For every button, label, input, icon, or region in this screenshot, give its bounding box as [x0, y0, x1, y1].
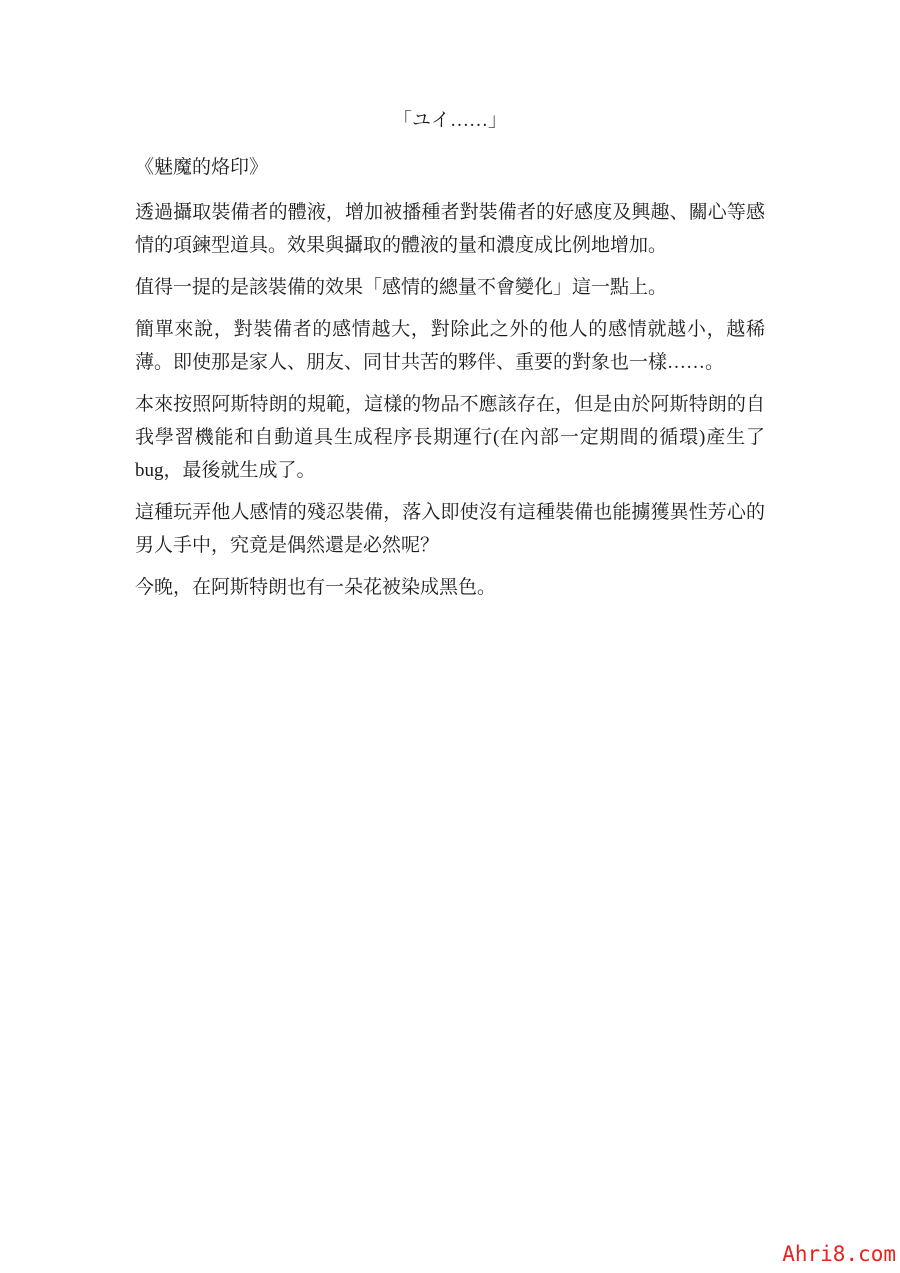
paragraph: 值得一提的是該裝備的效果「感情的總量不會變化」這一點上。 [135, 271, 765, 304]
paragraph: 這種玩弄他人感情的殘忍裝備，落入即使沒有這種裝備也能擄獲異性芳心的男人手中，究竟… [135, 496, 765, 562]
item-title: 《魅魔的烙印》 [135, 151, 765, 184]
paragraph: 透過攝取裝備者的體液，增加被播種者對裝備者的好感度及興趣、關心等感情的項鍊型道具… [135, 196, 765, 262]
paragraph: 本來按照阿斯特朗的規範，這樣的物品不應該存在，但是由於阿斯特朗的自我學習機能和自… [135, 388, 765, 487]
text-block: 「ユイ……」 《魅魔的烙印》 透過攝取裝備者的體液，增加被播種者對裝備者的好感度… [135, 104, 765, 613]
paragraph: 今晚，在阿斯特朗也有一朵花被染成黑色。 [135, 571, 765, 604]
watermark-site-label: Ahri8.com [782, 1243, 896, 1265]
paragraph: 簡單來說，對裝備者的感情越大，對除此之外的他人的感情就越小，越稀薄。即使那是家人… [135, 313, 765, 379]
document-page: 「ユイ……」 《魅魔的烙印》 透過攝取裝備者的體液，增加被播種者對裝備者的好感度… [0, 0, 900, 1273]
dialogue-quote: 「ユイ……」 [135, 104, 765, 137]
